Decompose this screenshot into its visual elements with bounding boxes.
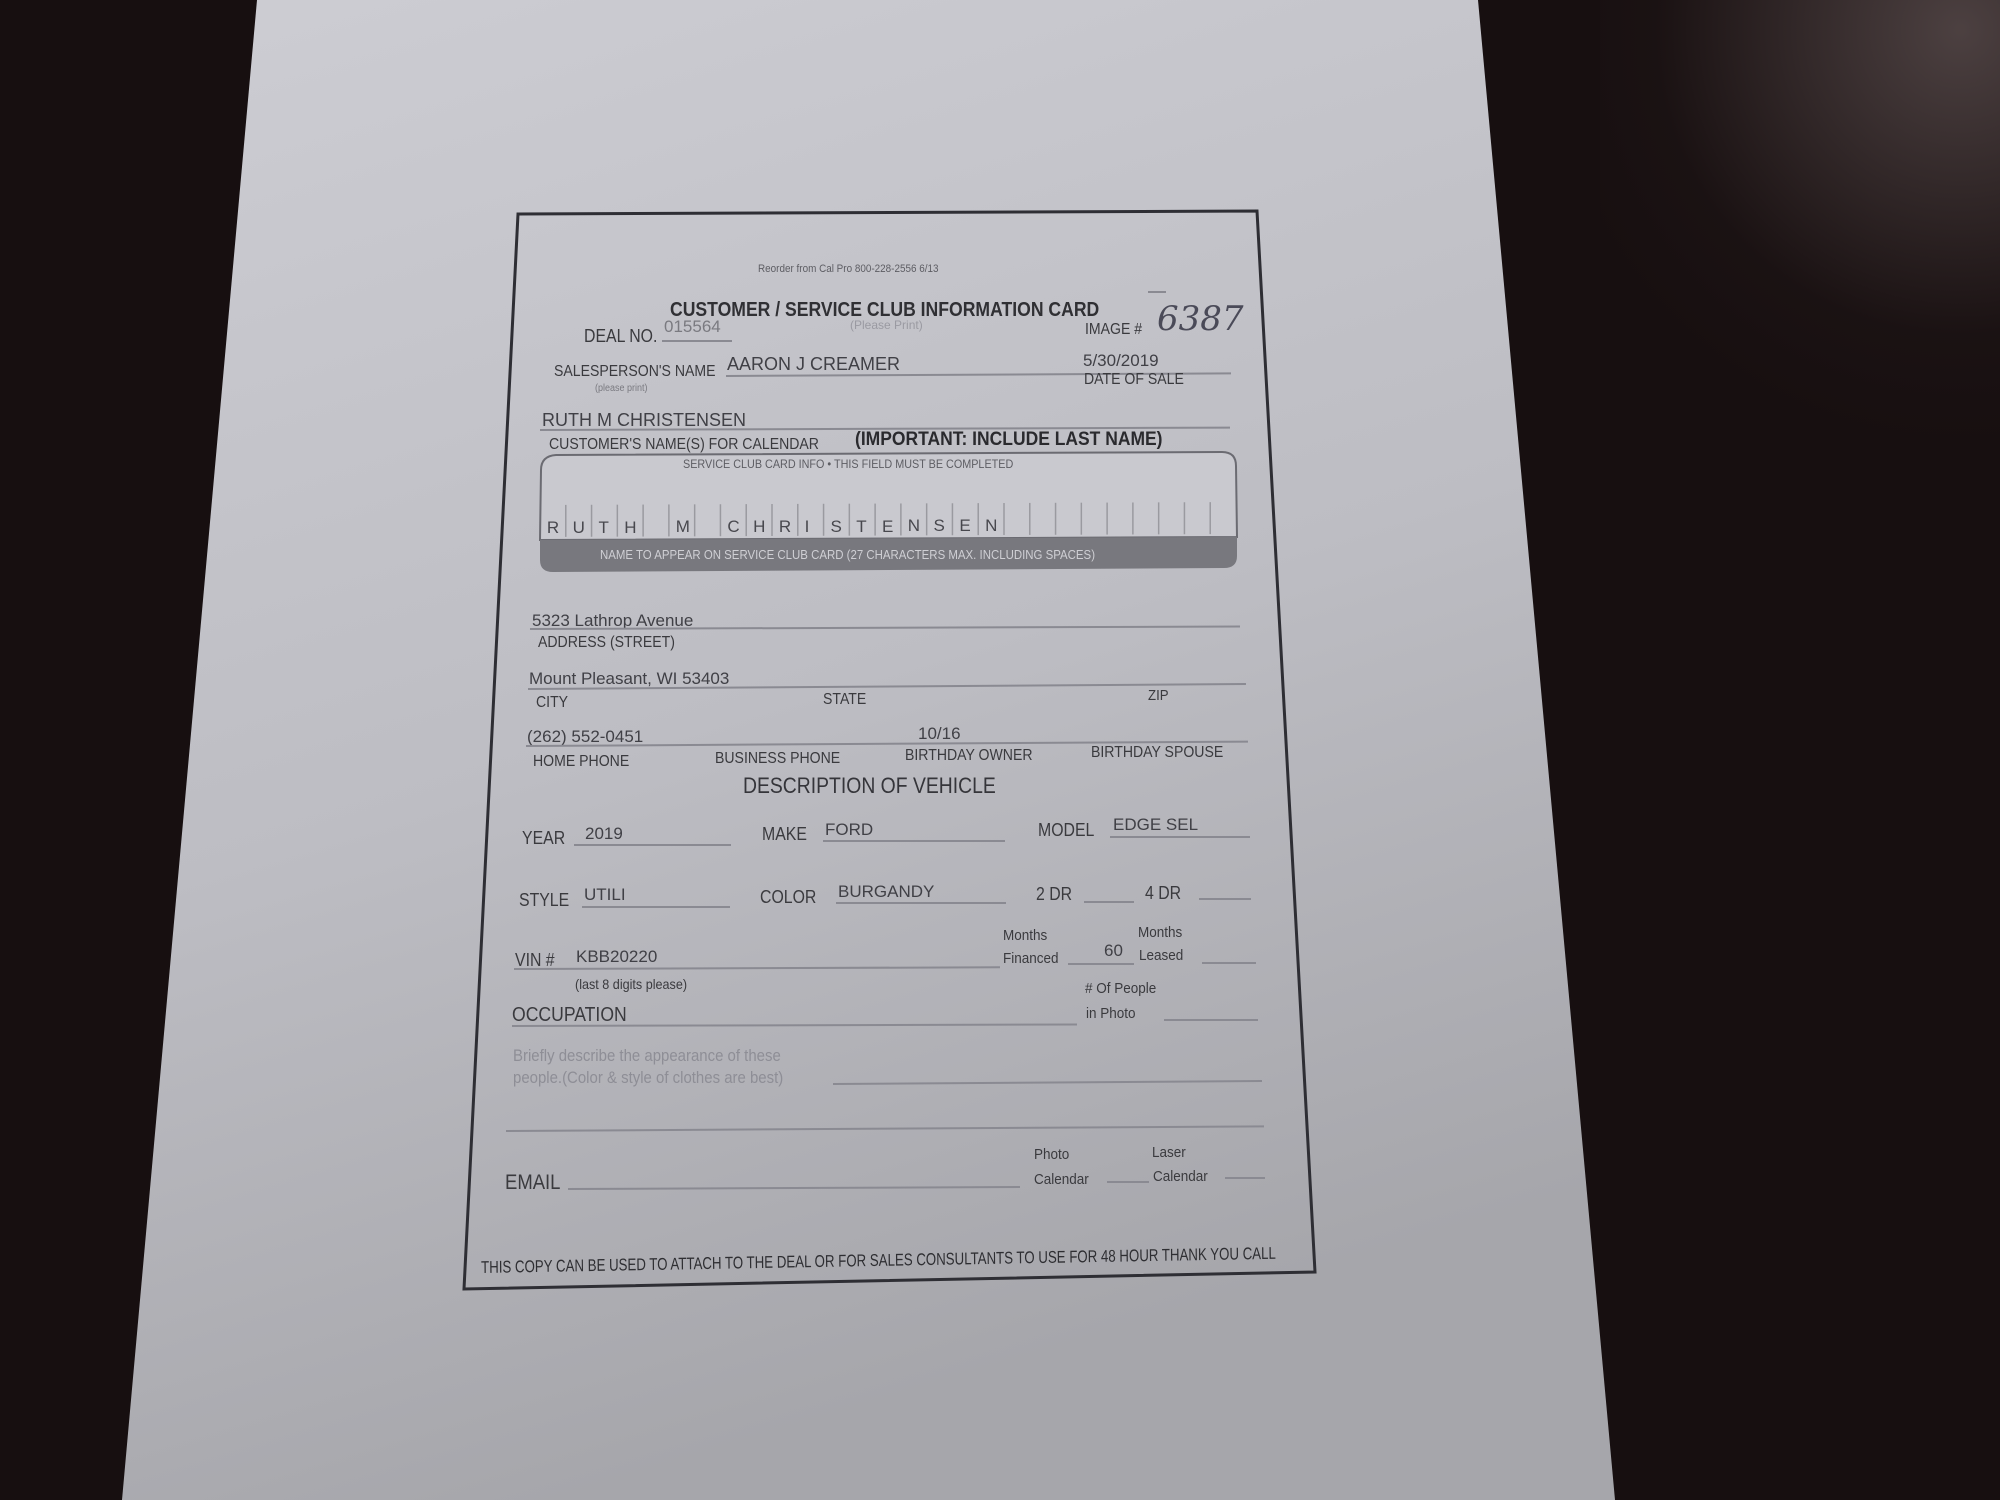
model-underline: [1110, 836, 1250, 838]
vin-note: (last 8 digits please): [575, 977, 687, 991]
card-name-char: I: [805, 517, 810, 537]
months-leased-underline[interactable]: [1202, 962, 1256, 964]
months-financed-value[interactable]: 60: [1104, 942, 1123, 959]
months-financed-underline: [1068, 963, 1134, 965]
card-name-char: U: [573, 518, 585, 538]
four-door-blank[interactable]: [1199, 898, 1251, 900]
salesperson-label: SALESPERSON'S NAME: [554, 364, 716, 380]
zip-label: ZIP: [1148, 688, 1169, 703]
months-leased-label-1: Months: [1138, 925, 1182, 940]
card-name-char: H: [624, 518, 636, 538]
model-value[interactable]: EDGE SEL: [1113, 816, 1198, 833]
card-name-char: C: [727, 517, 739, 537]
form-title: CUSTOMER / SERVICE CLUB INFORMATION CARD: [670, 300, 1099, 320]
birthday-owner-label: BIRTHDAY OWNER: [905, 748, 1033, 764]
people-underline[interactable]: [1164, 1019, 1258, 1021]
card-name-char: T: [598, 518, 608, 538]
card-name-char: N: [985, 516, 997, 536]
home-phone-value[interactable]: (262) 552-0451: [527, 728, 643, 745]
year-label: YEAR: [522, 829, 565, 847]
occupation-label: OCCUPATION: [512, 1005, 627, 1025]
deal-no-underline: [662, 340, 732, 342]
make-underline: [823, 840, 1005, 842]
year-underline: [574, 844, 731, 846]
card-name-char: T: [856, 517, 866, 537]
laser-calendar-label-2: Calendar: [1153, 1169, 1208, 1184]
service-card-header: SERVICE CLUB CARD INFO • THIS FIELD MUST…: [683, 458, 1013, 470]
reorder-note: Reorder from Cal Pro 800-228-2556 6/13: [758, 264, 939, 275]
card-name-char: E: [882, 517, 893, 537]
birthday-owner-value[interactable]: 10/16: [918, 725, 961, 742]
please-print-note: (Please Print): [850, 319, 923, 331]
card-name-char: R: [779, 517, 791, 537]
birthday-spouse-label: BIRTHDAY SPOUSE: [1091, 745, 1223, 761]
card-name-char: M: [676, 517, 690, 537]
date-of-sale-value[interactable]: 5/30/2019: [1083, 352, 1159, 369]
vehicle-section-title: DESCRIPTION OF VEHICLE: [743, 775, 996, 797]
photo-calendar-label-1: Photo: [1034, 1147, 1069, 1162]
salesperson-note: (please print): [595, 384, 648, 394]
two-door-blank[interactable]: [1084, 901, 1134, 903]
style-label: STYLE: [519, 891, 569, 909]
city-label: CITY: [536, 695, 568, 711]
months-leased-label-2: Leased: [1139, 948, 1183, 963]
street-label: ADDRESS (STREET): [538, 635, 675, 651]
card-name-char: S: [934, 516, 945, 536]
two-door-label: 2 DR: [1036, 885, 1072, 903]
months-financed-label-2: Financed: [1003, 951, 1059, 966]
card-name-char: R: [547, 518, 559, 538]
important-note: (IMPORTANT: INCLUDE LAST NAME): [855, 430, 1162, 449]
card-name-char: N: [908, 516, 920, 536]
months-financed-label-1: Months: [1003, 928, 1047, 943]
street-value[interactable]: 5323 Lathrop Avenue: [532, 612, 693, 629]
card-name-char: H: [753, 517, 765, 537]
style-underline: [582, 906, 730, 908]
laser-calendar-blank[interactable]: [1225, 1177, 1265, 1179]
vin-label: VIN #: [515, 951, 555, 969]
color-value[interactable]: BURGANDY: [838, 883, 934, 900]
service-card-band-text: NAME TO APPEAR ON SERVICE CLUB CARD (27 …: [600, 548, 1095, 561]
business-phone-label: BUSINESS PHONE: [715, 751, 840, 767]
year-value[interactable]: 2019: [585, 825, 623, 842]
people-label-1: # Of People: [1085, 981, 1156, 996]
make-label: MAKE: [762, 825, 807, 843]
describe-line-1: Briefly describe the appearance of these: [513, 1047, 781, 1064]
deal-no-value[interactable]: 015564: [664, 318, 721, 335]
customer-names-value[interactable]: RUTH M CHRISTENSEN: [542, 411, 746, 429]
city-value[interactable]: Mount Pleasant, WI 53403: [529, 670, 729, 687]
people-label-2: in Photo: [1086, 1006, 1136, 1021]
four-door-label: 4 DR: [1145, 884, 1181, 902]
describe-line-2: people.(Color & style of clothes are bes…: [513, 1069, 783, 1086]
model-label: MODEL: [1038, 821, 1094, 839]
card-name-char: E: [959, 516, 970, 536]
photo-calendar-label-2: Calendar: [1034, 1172, 1089, 1187]
customer-names-label: CUSTOMER'S NAME(S) FOR CALENDAR: [549, 437, 819, 453]
dash-mark: [1148, 291, 1166, 293]
deal-no-label: DEAL NO.: [584, 327, 657, 345]
vin-value[interactable]: KBB20220: [576, 948, 657, 965]
email-label: EMAIL: [505, 1172, 560, 1193]
laser-calendar-label-1: Laser: [1152, 1145, 1186, 1160]
state-label: STATE: [823, 692, 866, 708]
home-phone-label: HOME PHONE: [533, 754, 629, 770]
color-label: COLOR: [760, 888, 816, 906]
image-number-label: IMAGE #: [1085, 322, 1142, 338]
style-value[interactable]: UTILI: [584, 886, 626, 903]
card-name-char: S: [830, 517, 841, 537]
date-of-sale-label: DATE OF SALE: [1084, 372, 1184, 388]
photo-calendar-blank[interactable]: [1107, 1181, 1149, 1183]
salesperson-value[interactable]: AARON J CREAMER: [727, 355, 900, 373]
make-value[interactable]: FORD: [825, 821, 873, 838]
color-underline: [836, 902, 1006, 904]
image-number-value[interactable]: 6387: [1157, 302, 1244, 336]
